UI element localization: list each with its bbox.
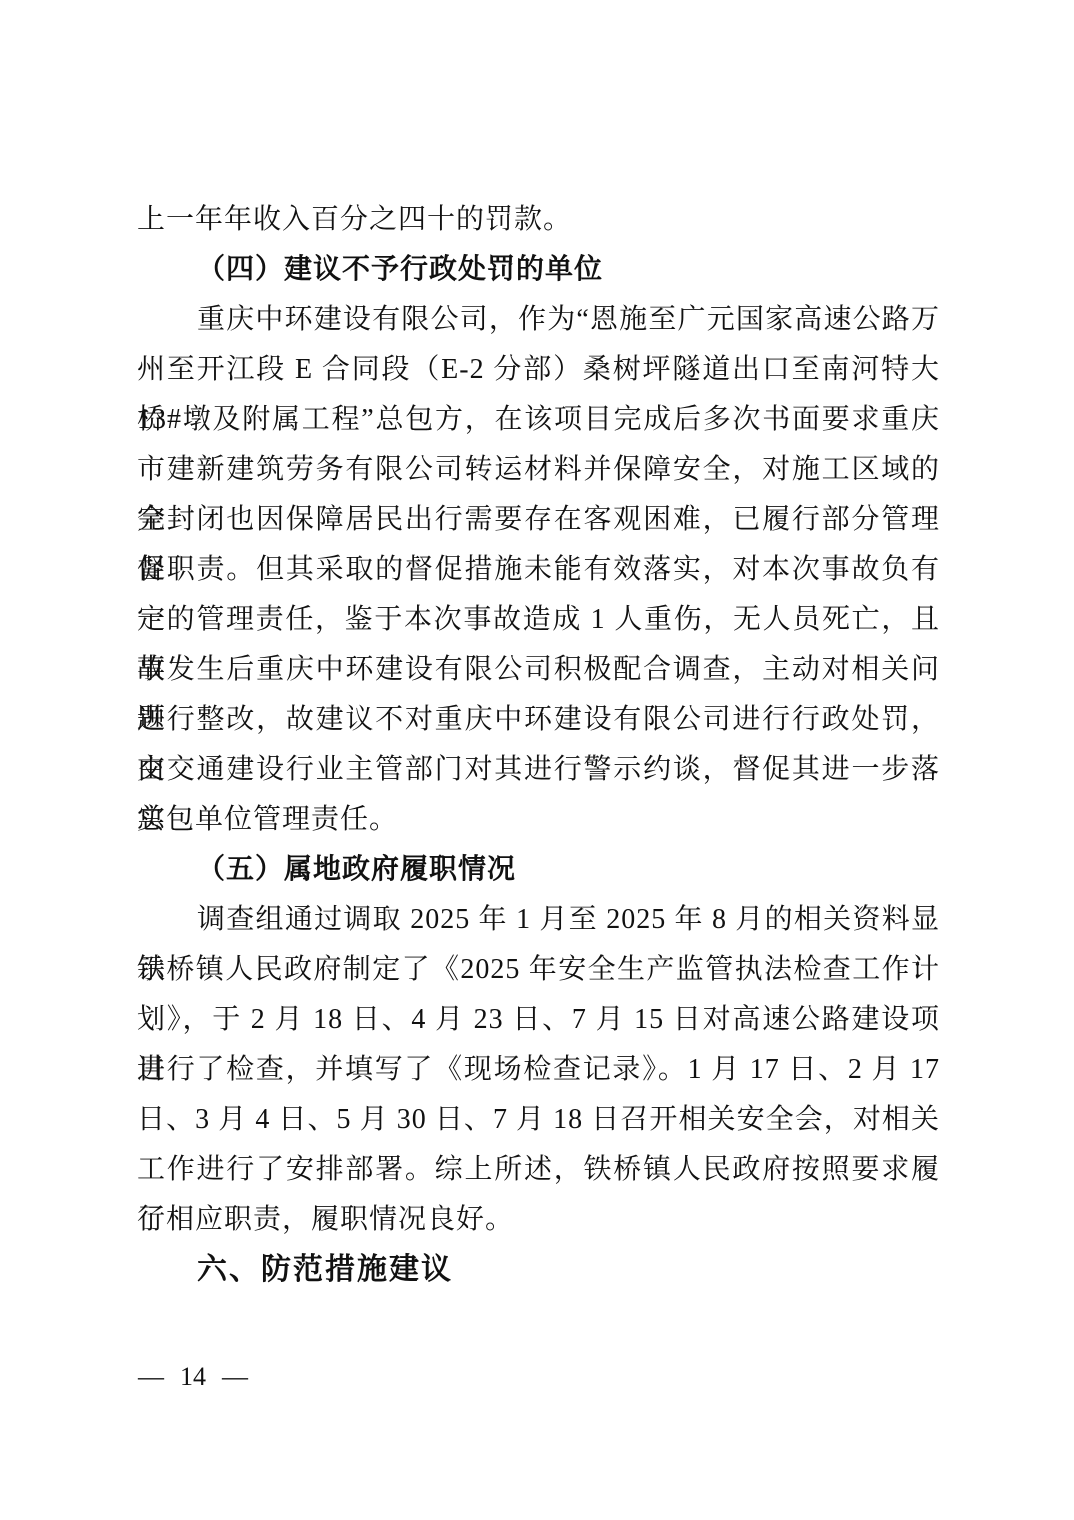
page-number: 14 [180,1362,206,1392]
body-line: 州至开江段 E 合同段（E-2 分部）桑树坪隧道出口至南河特大桥 [137,345,940,395]
body-line: 日、3 月 4 日、5 月 30 日、7 月 18 日召开相关安全会，对相关 [137,1095,940,1145]
body-line: 进行整改，故建议不对重庆中环建设有限公司进行行政处罚，交 [137,695,940,745]
body-line: 总包单位管理责任。 [137,795,940,845]
body-line: 由交通建设行业主管部门对其进行警示约谈，督促其进一步落实 [137,745,940,795]
body-line: 全封闭也因保障居民出行需要存在客观困难，已履行部分管理督 [137,495,940,545]
section-heading-six: 六、防范措施建议 [137,1245,940,1295]
document-page: 上一年年收入百分之四十的罚款。 （四）建议不予行政处罚的单位 重庆中环建设有限公… [0,0,1074,1520]
body-line: 上一年年收入百分之四十的罚款。 [137,195,940,245]
section-heading-five: （五）属地政府履职情况 [137,845,940,895]
body-line: 铁桥镇人民政府制定了《2025 年安全生产监管执法检查工作计 [137,945,940,995]
body-line: 了相应职责，履职情况良好。 [137,1195,940,1245]
page-number-footer: — 14 — [138,1352,248,1402]
body-line: 划》，于 2 月 18 日、4 月 23 日、7 月 15 日对高速公路建设项目 [137,995,940,1045]
footer-dash-left: — [138,1362,164,1392]
body-line: 重庆中环建设有限公司，作为“恩施至广元国家高速公路万 [137,295,940,345]
body-line: 工作进行了安排部署。综上所述，铁桥镇人民政府按照要求履行 [137,1145,940,1195]
body-line: 进行了检查，并填写了《现场检查记录》。1 月 17 日、2 月 17 [137,1045,940,1095]
footer-dash-right: — [222,1362,248,1392]
document-body: 上一年年收入百分之四十的罚款。 （四）建议不予行政处罚的单位 重庆中环建设有限公… [137,195,940,1295]
body-line: 调查组通过调取 2025 年 1 月至 2025 年 8 月的相关资料显示： [137,895,940,945]
body-line: 市建新建筑劳务有限公司转运材料并保障安全，对施工区域的完 [137,445,940,495]
body-line: 促职责。但其采取的督促措施未能有效落实，对本次事故负有一 [137,545,940,595]
body-line: 13#墩及附属工程”总包方，在该项目完成后多次书面要求重庆 [137,395,940,445]
section-heading-four: （四）建议不予行政处罚的单位 [137,245,940,295]
body-line: 故发生后重庆中环建设有限公司积极配合调查，主动对相关问题 [137,645,940,695]
body-line: 定的管理责任，鉴于本次事故造成 1 人重伤，无人员死亡，且事 [137,595,940,645]
